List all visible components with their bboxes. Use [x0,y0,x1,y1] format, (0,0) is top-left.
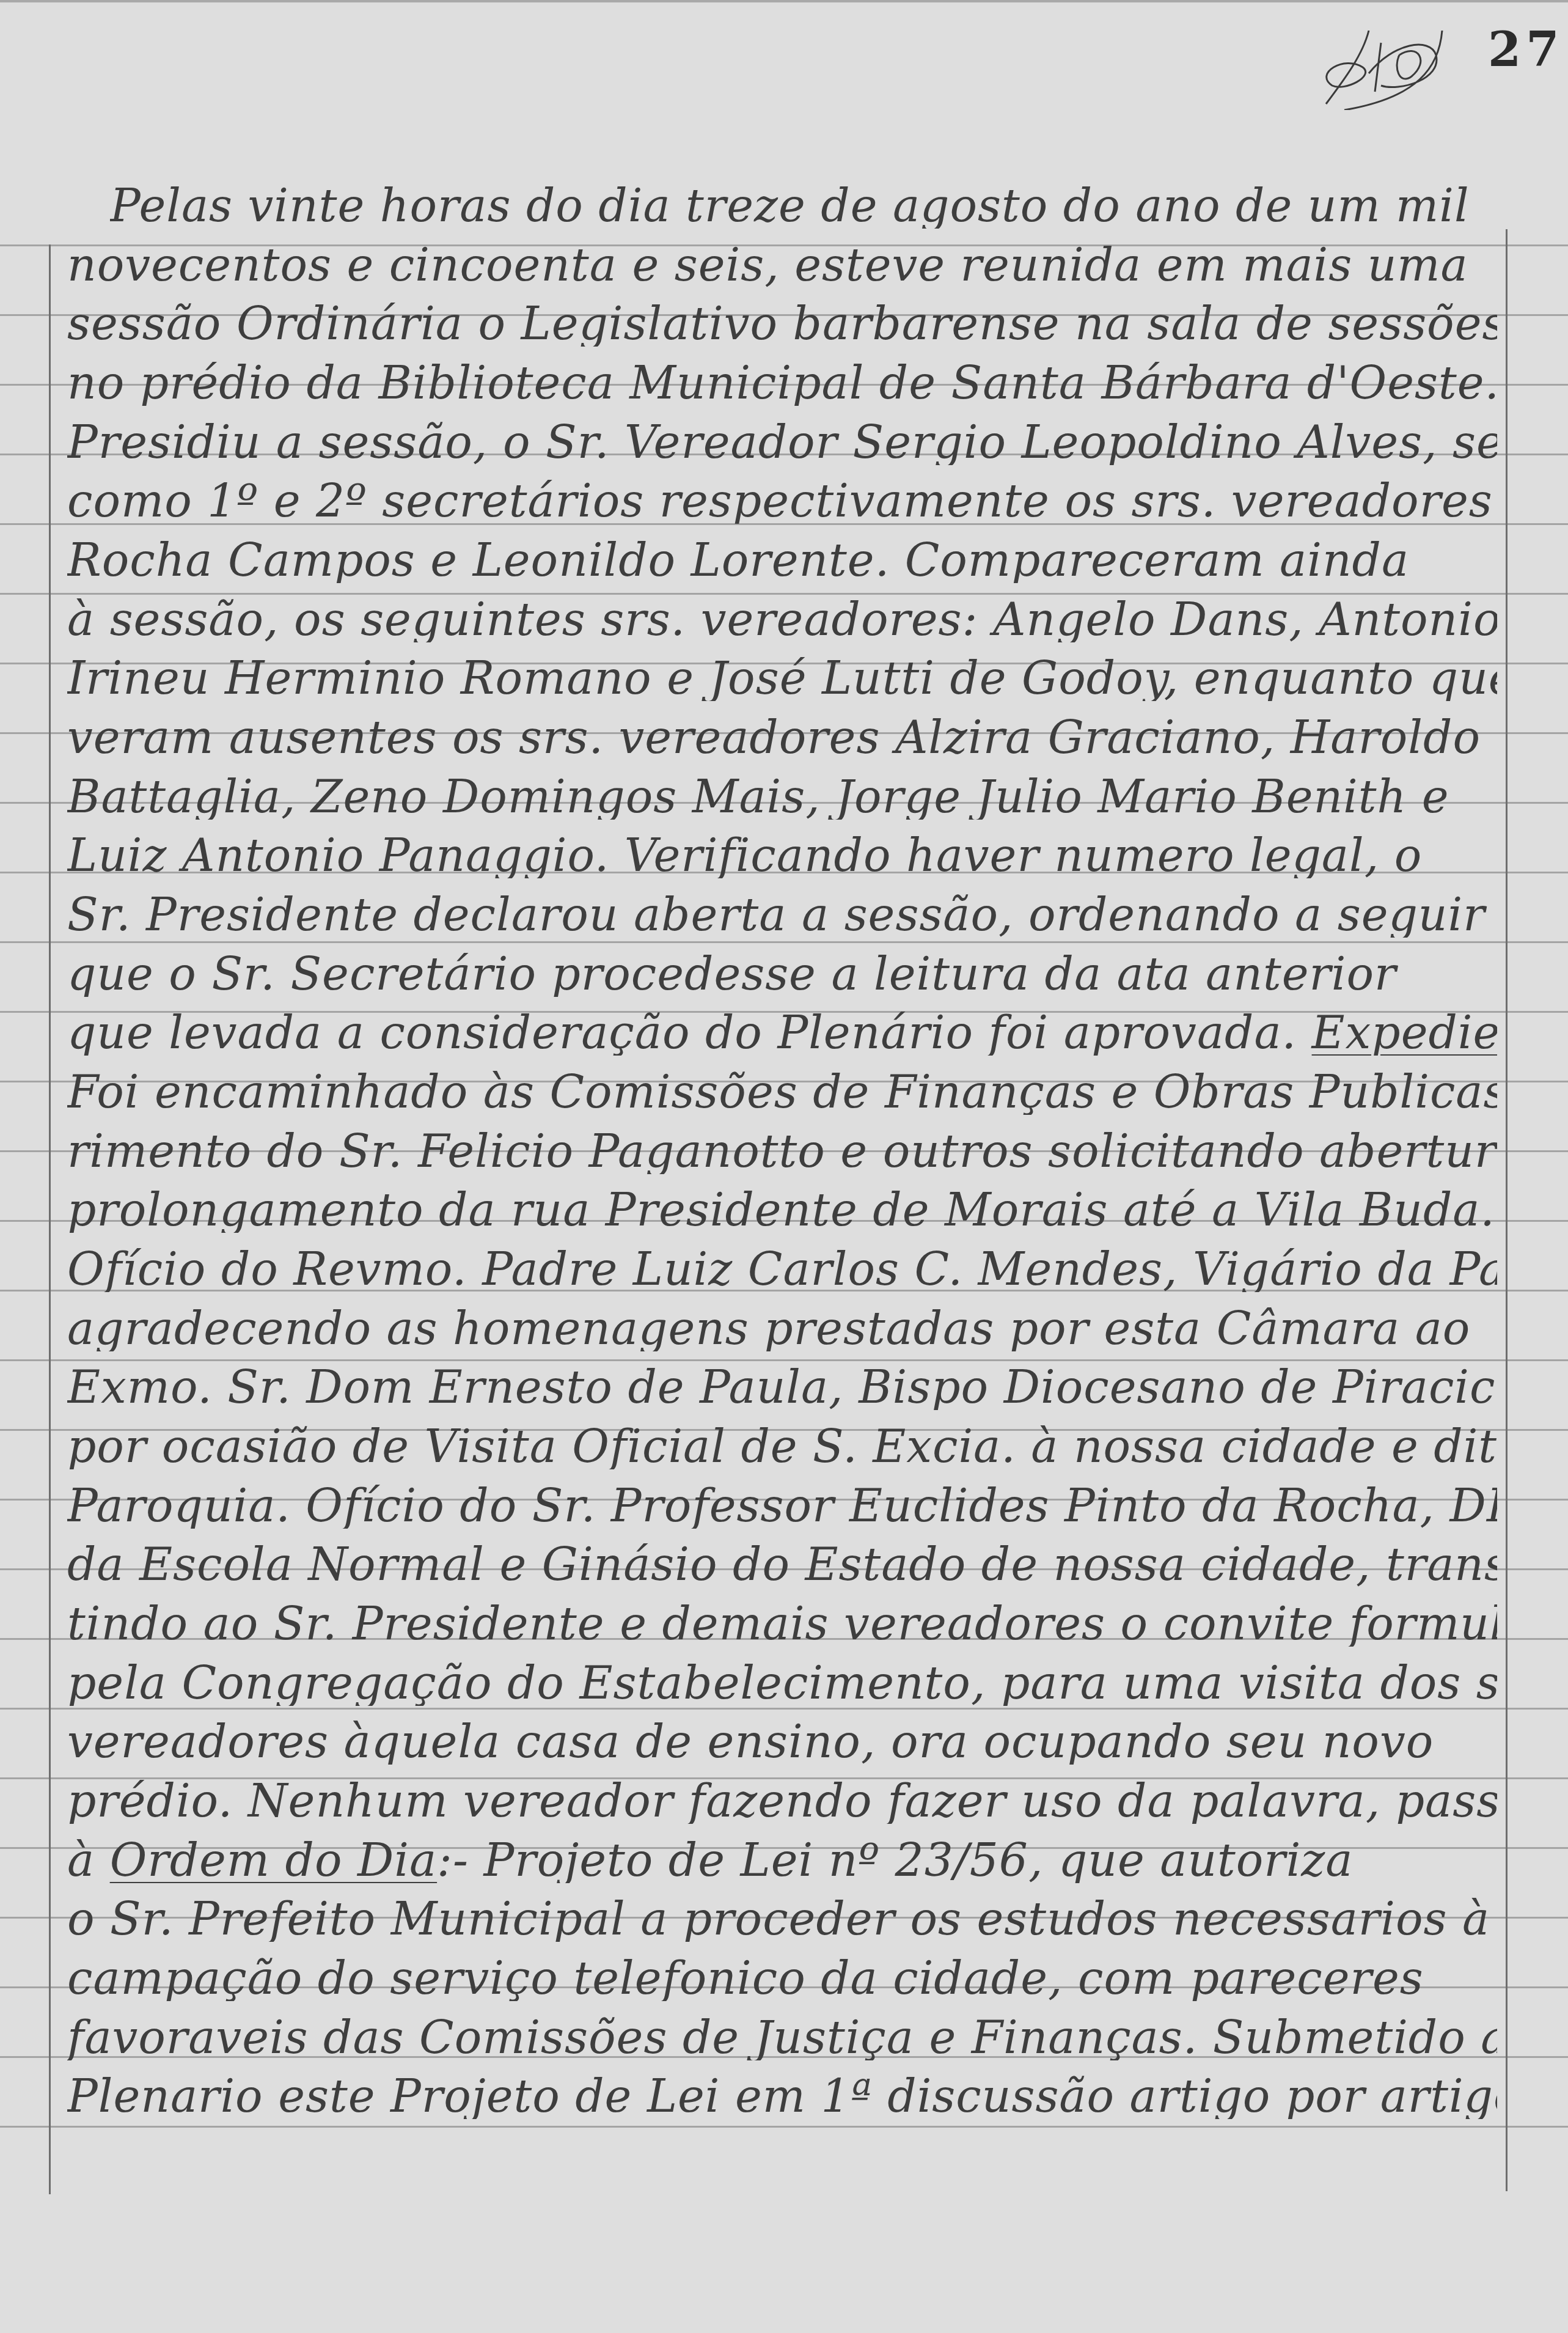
handwritten-line: novecentos e cincoenta e seis, esteve re… [67,243,1497,288]
handwritten-line: Paroquia. Ofício do Sr. Professor Euclid… [67,1483,1497,1529]
handwritten-line: rimento do Sr. Felicio Paganotto e outro… [67,1129,1497,1174]
handwritten-line: tindo ao Sr. Presidente e demais vereado… [67,1601,1497,1647]
handwritten-line: prolongamento da rua Presidente de Morai… [67,1188,1497,1233]
handwritten-line: à sessão, os seguintes srs. vereadores: … [67,597,1497,642]
ledger-page: 27 Pelas vinte horas do dia treze de ago… [0,0,1568,2333]
handwritten-line: o Sr. Prefeito Municipal a proceder os e… [67,1897,1497,1942]
handwritten-line: que o Sr. Secretário procedesse a leitur… [67,952,1497,997]
handwritten-line: Luiz Antonio Panaggio. Verificando haver… [67,833,1497,878]
handwritten-line: prédio. Nenhum vereador fazendo fazer us… [67,1779,1497,1824]
handwritten-line: Rocha Campos e Leonildo Lorente. Compare… [67,538,1497,583]
handwritten-line: Foi encaminhado às Comissões de Finanças… [67,1070,1497,1115]
handwritten-line: por ocasião de Visita Oficial de S. Exci… [67,1424,1497,1469]
handwritten-line: campação do serviço telefonico da cidade… [67,1956,1497,2001]
handwritten-line: da Escola Normal e Ginásio do Estado de … [67,1542,1497,1587]
handwritten-line: Ofício do Revmo. Padre Luiz Carlos C. Me… [67,1247,1497,1292]
handwritten-line: vereadores àquela casa de ensino, ora oc… [67,1719,1497,1765]
handwritten-line: agradecendo as homenagens prestadas por … [67,1306,1497,1351]
handwritten-line: Battaglia, Zeno Domingos Mais, Jorge Jul… [67,774,1497,820]
underlined-heading: Expediente [1312,1010,1497,1056]
handwritten-line: pela Congregação do Estabelecimento, par… [67,1661,1497,1706]
handwritten-line: sessão Ordinária o Legislativo barbarens… [67,301,1497,347]
handwritten-line: favoraveis das Comissões de Justiça e Fi… [67,2015,1497,2060]
handwritten-line: Irineu Herminio Romano e José Lutti de G… [67,656,1497,701]
handwritten-line: Exmo. Sr. Dom Ernesto de Paula, Bispo Di… [67,1365,1497,1410]
handwritten-line: Pelas vinte horas do dia treze de agosto… [110,183,1540,229]
handwritten-line: que levada a consideração do Plenário fo… [67,1010,1497,1056]
handwritten-line: à Ordem do Dia:- Projeto de Lei nº 23/56… [67,1838,1497,1883]
underlined-heading: Ordem do Dia [110,1838,437,1883]
handwritten-line: no prédio da Biblioteca Municipal de San… [67,361,1497,406]
minutes-text-body: Pelas vinte horas do dia treze de agosto… [0,0,1568,2333]
handwritten-line: Plenario este Projeto de Lei em 1ª discu… [67,2074,1497,2119]
handwritten-line: Sr. Presidente declarou aberta a sessão,… [67,892,1497,938]
handwritten-line: veram ausentes os srs. vereadores Alzira… [67,715,1497,760]
handwritten-line: como 1º e 2º secretários respectivamente… [67,479,1497,524]
handwritten-line: Presidiu a sessão, o Sr. Vereador Sergio… [67,420,1497,465]
